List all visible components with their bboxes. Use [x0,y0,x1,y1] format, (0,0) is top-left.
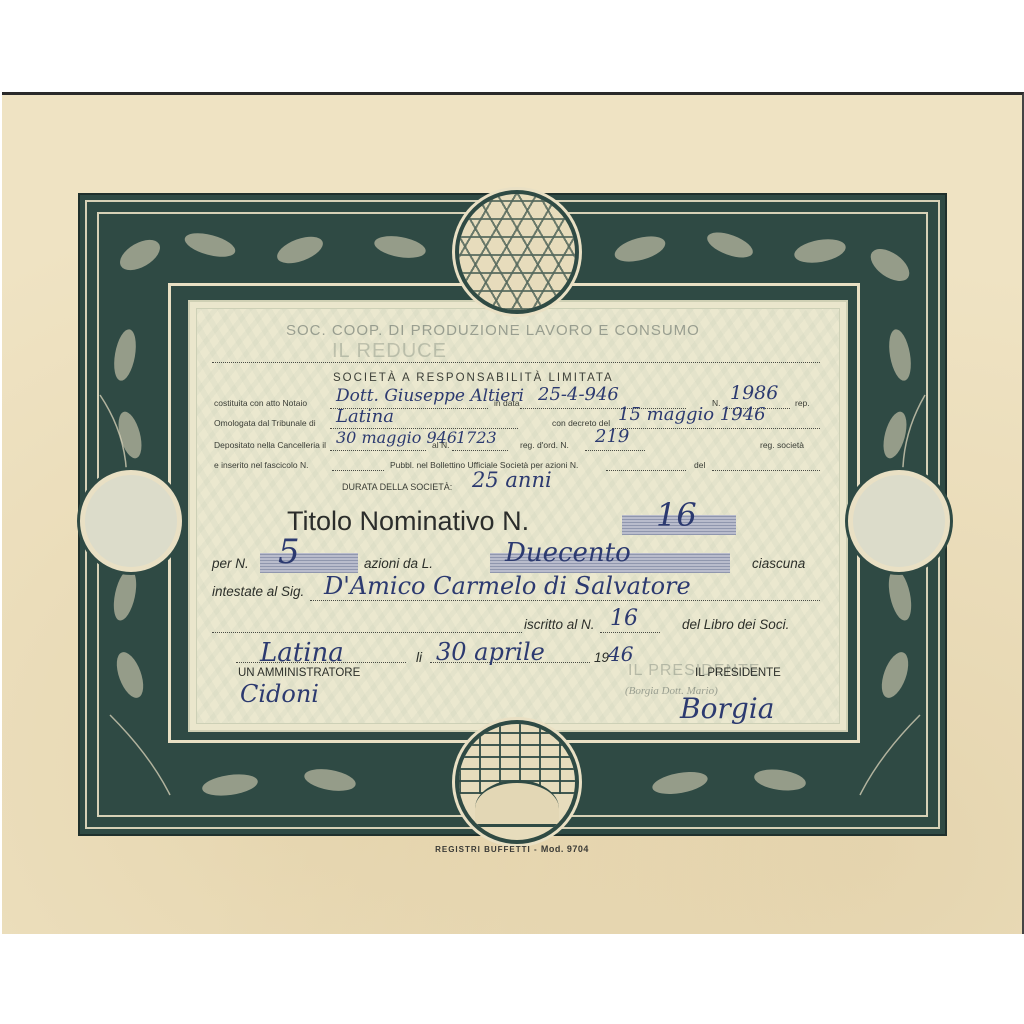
admin-label: UN AMMINISTRATORE [238,667,360,679]
place-value: Latina [260,638,344,668]
stamp-overlay: IL REDUCE [332,340,447,363]
shares-count: 5 [278,532,300,572]
deposit-n-value: 1723 [456,428,497,447]
decree-value: 15 maggio 1946 [618,404,766,425]
shares-value: Duecento [505,538,631,568]
president-label: IL PRESIDENTE [695,667,781,679]
shares-count-field [260,553,358,573]
shares-prefix: per N. [212,556,249,571]
del-label: del [694,460,705,470]
publisher-name: REGISTRI BUFFETTI [435,845,531,854]
reg-ord-dotline [585,450,645,451]
fascicolo-label: e inserito nel fascicolo N. [214,460,309,470]
register-label: iscritto al N. [524,617,595,632]
reg-ord-value: 219 [595,426,629,447]
reg-soc-label: reg. società [760,440,804,450]
honeycomb-medallion [455,190,579,314]
stamp-line [212,362,820,363]
deposit-label: Depositato nella Cancelleria il [214,440,326,450]
fascicolo-dotline [332,470,384,471]
date-label: in data [494,398,520,408]
tribunal-label: Omologata dal Tribunale di [214,418,316,428]
decree-dotline [612,428,820,429]
arch-medallion [455,720,579,844]
title-number: 16 [656,496,697,534]
publisher-footer: REGISTRI BUFFETTI - Mod. 9704 [0,844,1024,854]
duration-value: 25 anni [472,468,552,492]
tribunal-value: Latina [336,406,394,427]
model-number: Mod. 9704 [541,844,589,854]
left-blank-medallion [80,470,182,572]
holder-label: intestate al Sig. [212,584,304,599]
reg-ord-label: reg. d'ord. N. [520,440,569,450]
deposit-n-dotline [452,450,508,451]
rep-suffix: rep. [795,398,810,408]
li-label: li [416,650,422,665]
company-type: SOCIETÀ A RESPONSABILITÀ LIMITATA [333,372,614,384]
admin-signature: Cidoni [240,680,319,708]
notary-label: costituita con atto Notaio [214,398,307,408]
register-suffix: del Libro dei Soci. [682,617,789,632]
register-value: 16 [610,606,638,631]
issue-date-value: 30 aprile [436,638,545,666]
holder-dotline [310,600,820,601]
deposit-dotline [330,450,426,451]
shares-mid: azioni da L. [364,556,433,571]
president-signature: Borgia [680,692,774,725]
del-dotline [712,470,820,471]
honeycomb-icon [459,194,575,310]
company-stamp: SOC. COOP. DI PRODUZIONE LAVORO E CONSUM… [286,322,700,339]
title-label: Titolo Nominativo N. [287,506,529,537]
shares-suffix: ciascuna [752,556,805,571]
holder-value: D'Amico Carmelo di Salvatore [324,572,691,600]
bollettino-dotline [606,470,686,471]
deposit-n-label: al N. [432,440,449,450]
duration-label: DURATA DELLA SOCIETÀ: [342,482,452,492]
year-prefix: 19 [594,650,609,665]
register-pre-dotline [212,632,522,633]
footer-separator: - [534,845,538,854]
rep-value: 1986 [730,382,778,404]
register-dotline [600,632,660,633]
date-value: 25-4-946 [538,384,619,405]
right-blank-medallion [848,470,950,572]
